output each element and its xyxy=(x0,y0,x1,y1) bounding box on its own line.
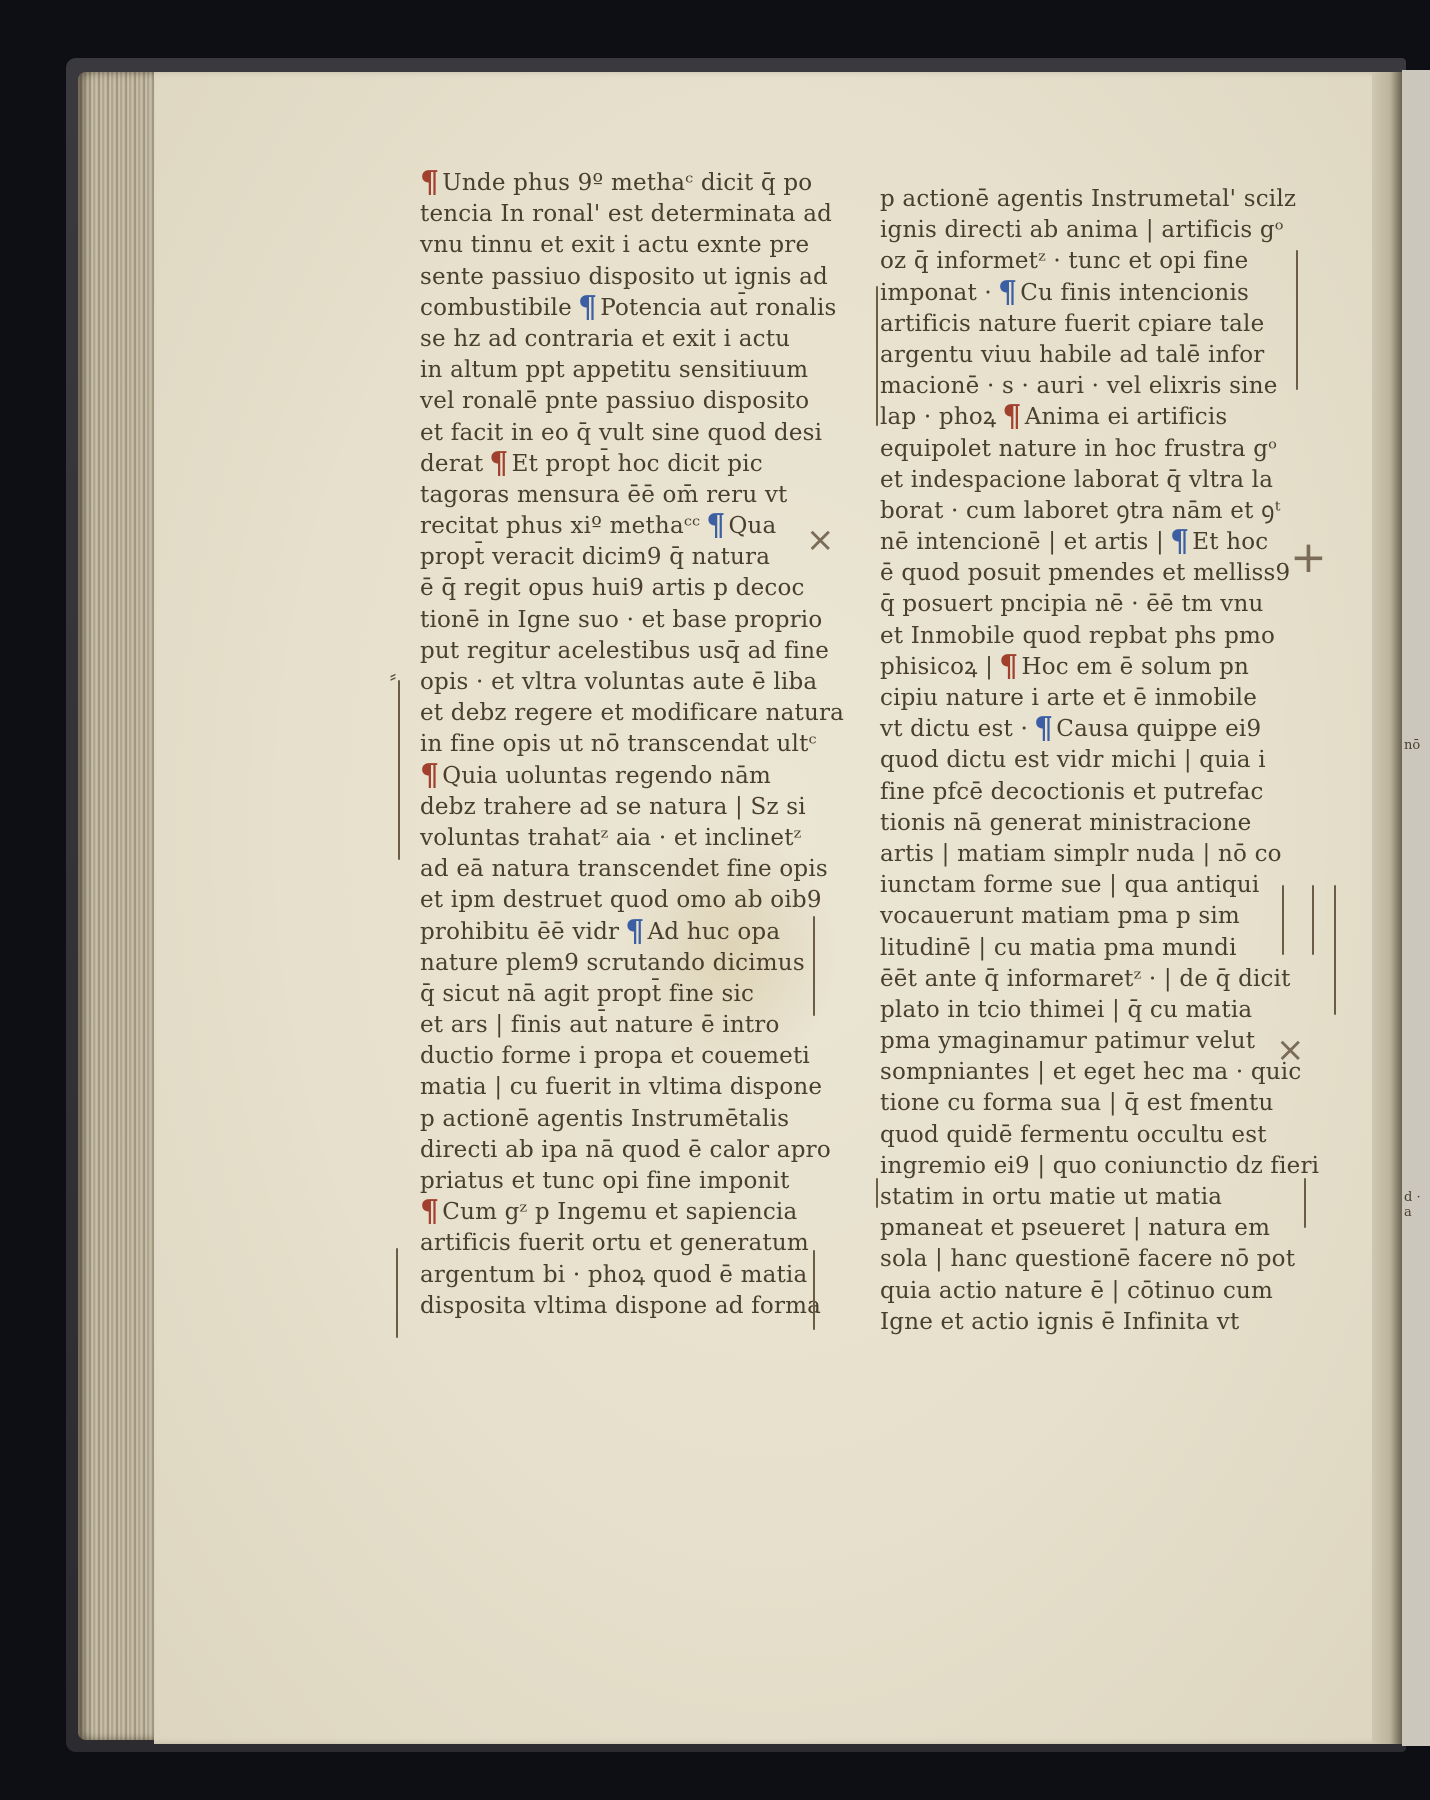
text-line: voluntas trahatᶻ aia · et inclinetᶻ xyxy=(420,823,830,854)
text-line: sompniantes | et eget hec ma · quic xyxy=(880,1057,1290,1088)
line-text: put regitur acelestibus usq̄ ad fine xyxy=(420,638,829,664)
margin-bracket xyxy=(396,1248,398,1338)
text-line: lap · phoꝝ¶Anima ei artificis xyxy=(880,402,1290,433)
text-line: argentu viuu habile ad talē infor xyxy=(880,340,1290,371)
text-line: pmaneat et pseueret | natura em xyxy=(880,1213,1290,1244)
margin-bracket xyxy=(1304,1178,1306,1228)
line-text: nē intencionē | et artis | xyxy=(880,529,1164,555)
line-text: pmaneat et pseueret | natura em xyxy=(880,1215,1270,1241)
text-line: artificis fuerit ortu et generatum xyxy=(420,1228,830,1259)
line-text: macionē · s · auri · vel elixris sine xyxy=(880,373,1278,399)
line-text: argentum bi · phoꝝ quod ē matia xyxy=(420,1262,807,1288)
text-line: Igne et actio ignis ē Infinita vt xyxy=(880,1307,1290,1338)
paragraph-mark-blue-icon: ¶ xyxy=(998,283,1017,303)
text-line: tionis nā generat ministracione xyxy=(880,808,1290,839)
line-text: tione cu forma sua | q̄ est fmentu xyxy=(880,1090,1273,1116)
facing-page-note: d · a xyxy=(1404,1190,1430,1220)
page-fore-edge xyxy=(78,72,156,1740)
text-line: priatus et tunc opi fine imponit xyxy=(420,1166,830,1197)
text-line: iunctam forme sue | qua antiqui xyxy=(880,870,1290,901)
line-text: Quia uoluntas regendo nām xyxy=(442,763,771,789)
text-line: litudinē | cu matia pma mundi xyxy=(880,933,1290,964)
margin-cross-icon: + xyxy=(1290,532,1327,583)
line-text: fine pfcē decoctionis et putrefac xyxy=(880,779,1264,805)
line-text: directi ab ipa nā quod ē calor apro xyxy=(420,1137,831,1163)
line-text: tionē in Igne suo · et base proprio xyxy=(420,607,822,633)
text-line: fine pfcē decoctionis et putrefac xyxy=(880,777,1290,808)
line-text-after-mark: Et propt̄ hoc dicit pic xyxy=(512,451,763,477)
text-line: nē intencionē | et artis |¶Et hoc xyxy=(880,527,1290,558)
text-line: in fine opis ut nō transcendat ultᶜ xyxy=(420,729,830,760)
text-line: macionē · s · auri · vel elixris sine xyxy=(880,371,1290,402)
line-text: Igne et actio ignis ē Infinita vt xyxy=(880,1309,1239,1335)
line-text: in altum ppt appetitu sensitiuum xyxy=(420,357,808,383)
line-text: et debz regere et modificare natura xyxy=(420,700,844,726)
line-text: se hz ad contraria et exit i actu xyxy=(420,326,790,352)
text-line: phisicoꝝ |¶Hoc em ē solum pn xyxy=(880,652,1290,683)
line-text: statim in ortu matie ut matia xyxy=(880,1184,1222,1210)
line-text: ignis directi ab anima | artificis gᵒ xyxy=(880,217,1284,243)
line-text: tionis nā generat ministracione xyxy=(880,810,1251,836)
paragraph-mark-red-icon: ¶ xyxy=(420,766,439,786)
line-text: ingremio ei9 | quo coniunctio dz fieri xyxy=(880,1153,1319,1179)
text-line: ¶Cum gᶻ p Ingemu et sapiencia xyxy=(420,1197,830,1228)
text-line: opis · et vltra voluntas aute ē liba xyxy=(420,667,830,698)
text-line: p actionē agentis Instrumētalis xyxy=(420,1104,830,1135)
line-text-after-mark: Anima ei artificis xyxy=(1025,404,1228,430)
text-line: quia actio nature ē | cōtinuo cum xyxy=(880,1276,1290,1307)
text-line: et ars | finis aut̄ nature ē intro xyxy=(420,1010,830,1041)
line-text: phisicoꝝ | xyxy=(880,654,993,680)
text-line: plato in tcio thimei | q̄ cu matia xyxy=(880,995,1290,1026)
text-column-right: p actionē agentis Instrumetal' scilzigni… xyxy=(880,184,1290,1338)
line-text: prohibitu ēē vidr xyxy=(420,919,619,945)
line-text: et indespacione laborat q̄ vltra la xyxy=(880,467,1273,493)
line-text-after-mark: Potencia aut̄ ronalis xyxy=(600,295,836,321)
text-line: prohibitu ēē vidr¶Ad huc opa xyxy=(420,917,830,948)
line-text: opis · et vltra voluntas aute ē liba xyxy=(420,669,817,695)
line-text: et facit in eo q̄ vult sine quod desi xyxy=(420,420,822,446)
margin-bracket xyxy=(1296,250,1298,390)
line-text: sente passiuo disposito ut ignis ad xyxy=(420,264,828,290)
facing-page-note: nō xyxy=(1404,738,1420,753)
text-line: equipolet nature in hoc frustra gᵒ xyxy=(880,434,1290,465)
text-line: vel ronalē pnte passiuo disposito xyxy=(420,386,830,417)
text-line: ad eā natura transcendet fine opis xyxy=(420,854,830,885)
line-text: propt̄ veracit dicim9 q̄ natura xyxy=(420,544,770,570)
margin-bracket xyxy=(1334,885,1336,1015)
line-text: ē q̄ regit opus hui9 artis p decoc xyxy=(420,575,805,601)
line-text: vocauerunt matiam pma p sim xyxy=(880,903,1240,929)
line-text: et Inmobile quod repbat phs pmo xyxy=(880,623,1275,649)
paragraph-mark-blue-icon: ¶ xyxy=(1170,532,1189,552)
margin-bracket xyxy=(1282,885,1284,955)
line-text: p actionē agentis Instrumetal' scilz xyxy=(880,186,1296,212)
text-column-left: ¶Unde phus 9º methaᶜ dicit q̄ potencia I… xyxy=(420,168,830,1322)
line-text: vt dictu est · xyxy=(880,716,1028,742)
line-text: q̄ sicut nā agit propt̄ fine sic xyxy=(420,981,754,1007)
text-line: tione cu forma sua | q̄ est fmentu xyxy=(880,1088,1290,1119)
paragraph-mark-red-icon: ¶ xyxy=(999,657,1018,677)
line-text: borat · cum laboret ꝯtra nām et ꝯᵗ xyxy=(880,498,1281,524)
line-text: oz q̄ informetᶻ · tunc et opi fine xyxy=(880,248,1248,274)
line-text-after-mark: Et hoc xyxy=(1192,529,1268,555)
line-text: lap · phoꝝ xyxy=(880,404,996,430)
margin-bracket xyxy=(813,916,815,1016)
line-text-after-mark: Qua xyxy=(728,513,776,539)
line-text: disposita vltima dispone ad forma xyxy=(420,1293,821,1319)
margin-bracket xyxy=(398,680,400,860)
line-text: artis | matiam simplr nuda | nō co xyxy=(880,841,1282,867)
text-line: disposita vltima dispone ad forma xyxy=(420,1291,830,1322)
text-line: nature plem9 scrutando dicimus xyxy=(420,948,830,979)
text-line: statim in ortu matie ut matia xyxy=(880,1182,1290,1213)
text-line: ē q̄ regit opus hui9 artis p decoc xyxy=(420,573,830,604)
text-line: oz q̄ informetᶻ · tunc et opi fine xyxy=(880,246,1290,277)
line-text: artificis nature fuerit cpiare tale xyxy=(880,311,1264,337)
margin-cross-icon: × xyxy=(1276,1030,1305,1070)
line-text-after-mark: Causa quippe ei9 xyxy=(1056,716,1261,742)
line-text: et ars | finis aut̄ nature ē intro xyxy=(420,1012,780,1038)
text-line: pma ymaginamur patimur velut xyxy=(880,1026,1290,1057)
paragraph-mark-blue-icon: ¶ xyxy=(625,922,644,942)
text-line: borat · cum laboret ꝯtra nām et ꝯᵗ xyxy=(880,496,1290,527)
gutter xyxy=(1372,72,1402,1744)
text-line: tionē in Igne suo · et base proprio xyxy=(420,605,830,636)
text-line: et Inmobile quod repbat phs pmo xyxy=(880,621,1290,652)
text-line: sola | hanc questionē facere nō pot xyxy=(880,1244,1290,1275)
line-text: pma ymaginamur patimur velut xyxy=(880,1028,1255,1054)
line-text: vnu tinnu et exit i actu exnte pre xyxy=(420,232,809,258)
margin-flourish-icon: ⸗ xyxy=(390,668,396,686)
line-text: tencia In ronal' est determinata ad xyxy=(420,201,832,227)
line-text: et ipm destruet quod omo ab oib9 xyxy=(420,887,822,913)
line-text: argentu viuu habile ad talē infor xyxy=(880,342,1265,368)
margin-bracket xyxy=(813,1250,815,1330)
line-text: priatus et tunc opi fine imponit xyxy=(420,1168,790,1194)
text-line: tencia In ronal' est determinata ad xyxy=(420,199,830,230)
line-text-after-mark: Ad huc opa xyxy=(647,919,780,945)
line-text-after-mark: Cu finis intencionis xyxy=(1020,280,1249,306)
text-line: quod quidē fermentu occultu est xyxy=(880,1120,1290,1151)
text-line: q̄ posuert pncipia nē · ēē tm vnu xyxy=(880,589,1290,620)
margin-cross-icon: × xyxy=(806,520,835,560)
line-text: nature plem9 scrutando dicimus xyxy=(420,950,805,976)
text-line: p actionē agentis Instrumetal' scilz xyxy=(880,184,1290,215)
line-text: quod dictu est vidr michi | quia i xyxy=(880,747,1266,773)
text-line: propt̄ veracit dicim9 q̄ natura xyxy=(420,542,830,573)
paragraph-mark-blue-icon: ¶ xyxy=(706,516,725,536)
line-text: combustibile xyxy=(420,295,572,321)
line-text: vel ronalē pnte passiuo disposito xyxy=(420,388,809,414)
text-line: in altum ppt appetitu sensitiuum xyxy=(420,355,830,386)
line-text: iunctam forme sue | qua antiqui xyxy=(880,872,1259,898)
line-text: quia actio nature ē | cōtinuo cum xyxy=(880,1278,1273,1304)
text-line: et indespacione laborat q̄ vltra la xyxy=(880,465,1290,496)
paragraph-mark-red-icon: ¶ xyxy=(489,454,508,474)
text-line: ¶Quia uoluntas regendo nām xyxy=(420,761,830,792)
line-text: p actionē agentis Instrumētalis xyxy=(420,1106,789,1132)
facing-page-edge: nō d · a xyxy=(1402,70,1430,1746)
text-line: ignis directi ab anima | artificis gᵒ xyxy=(880,215,1290,246)
line-text: ēēt ante q̄ informaretᶻ · | de q̄ dicit xyxy=(880,966,1291,992)
text-line: imponat ·¶Cu finis intencionis xyxy=(880,278,1290,309)
text-line: sente passiuo disposito ut ignis ad xyxy=(420,262,830,293)
line-text: voluntas trahatᶻ aia · et inclinetᶻ xyxy=(420,825,801,851)
line-text: litudinē | cu matia pma mundi xyxy=(880,935,1237,961)
text-line: ¶Unde phus 9º methaᶜ dicit q̄ po xyxy=(420,168,830,199)
line-text: matia | cu fuerit in vltima dispone xyxy=(420,1074,822,1100)
line-text: recitat phus xiº methaᶜᶜ xyxy=(420,513,700,539)
paragraph-mark-red-icon: ¶ xyxy=(420,173,439,193)
paragraph-mark-red-icon: ¶ xyxy=(1002,407,1021,427)
line-text: derat xyxy=(420,451,483,477)
line-text: cipiu nature i arte et ē inmobile xyxy=(880,685,1257,711)
line-text: sompniantes | et eget hec ma · quic xyxy=(880,1059,1301,1085)
margin-bracket xyxy=(876,1178,878,1208)
line-text: imponat · xyxy=(880,280,992,306)
line-text: plato in tcio thimei | q̄ cu matia xyxy=(880,997,1252,1023)
text-line: ēēt ante q̄ informaretᶻ · | de q̄ dicit xyxy=(880,964,1290,995)
text-line: cipiu nature i arte et ē inmobile xyxy=(880,683,1290,714)
line-text: Cum gᶻ p Ingemu et sapiencia xyxy=(442,1199,797,1225)
line-text: ē quod posuit pmendes et melliss9 xyxy=(880,560,1290,586)
line-text: debz trahere ad se natura | Sz si xyxy=(420,794,806,820)
text-line: combustibile¶Potencia aut̄ ronalis xyxy=(420,293,830,324)
text-line: artis | matiam simplr nuda | nō co xyxy=(880,839,1290,870)
line-text: quod quidē fermentu occultu est xyxy=(880,1122,1267,1148)
text-line: vnu tinnu et exit i actu exnte pre xyxy=(420,230,830,261)
line-text: artificis fuerit ortu et generatum xyxy=(420,1230,809,1256)
text-line: recitat phus xiº methaᶜᶜ¶Qua xyxy=(420,511,830,542)
text-line: put regitur acelestibus usq̄ ad fine xyxy=(420,636,830,667)
text-line: q̄ sicut nā agit propt̄ fine sic xyxy=(420,979,830,1010)
paragraph-mark-blue-icon: ¶ xyxy=(1034,719,1053,739)
text-line: se hz ad contraria et exit i actu xyxy=(420,324,830,355)
text-line: ē quod posuit pmendes et melliss9 xyxy=(880,558,1290,589)
text-line: directi ab ipa nā quod ē calor apro xyxy=(420,1135,830,1166)
text-line: vocauerunt matiam pma p sim xyxy=(880,901,1290,932)
text-line: et debz regere et modificare natura xyxy=(420,698,830,729)
line-text-after-mark: Hoc em ē solum pn xyxy=(1021,654,1249,680)
text-line: et facit in eo q̄ vult sine quod desi xyxy=(420,418,830,449)
line-text: Unde phus 9º methaᶜ dicit q̄ po xyxy=(442,170,812,196)
line-text: in fine opis ut nō transcendat ultᶜ xyxy=(420,731,817,757)
paragraph-mark-red-icon: ¶ xyxy=(420,1202,439,1222)
line-text: ductio forme i propa et couemeti xyxy=(420,1043,810,1069)
text-line: derat¶Et propt̄ hoc dicit pic xyxy=(420,449,830,480)
line-text: q̄ posuert pncipia nē · ēē tm vnu xyxy=(880,591,1264,617)
text-line: debz trahere ad se natura | Sz si xyxy=(420,792,830,823)
text-line: matia | cu fuerit in vltima dispone xyxy=(420,1072,830,1103)
line-text: tagoras mensura ēē om̄ reru vt xyxy=(420,482,787,508)
text-line: artificis nature fuerit cpiare tale xyxy=(880,309,1290,340)
line-text: sola | hanc questionē facere nō pot xyxy=(880,1246,1295,1272)
text-line: vt dictu est ·¶Causa quippe ei9 xyxy=(880,714,1290,745)
text-line: ingremio ei9 | quo coniunctio dz fieri xyxy=(880,1151,1290,1182)
text-line: et ipm destruet quod omo ab oib9 xyxy=(420,885,830,916)
text-line: argentum bi · phoꝝ quod ē matia xyxy=(420,1260,830,1291)
text-line: quod dictu est vidr michi | quia i xyxy=(880,745,1290,776)
margin-bracket xyxy=(1312,885,1314,955)
paragraph-mark-blue-icon: ¶ xyxy=(578,298,597,318)
text-line: tagoras mensura ēē om̄ reru vt xyxy=(420,480,830,511)
text-line: ductio forme i propa et couemeti xyxy=(420,1041,830,1072)
line-text: equipolet nature in hoc frustra gᵒ xyxy=(880,436,1277,462)
line-text: ad eā natura transcendet fine opis xyxy=(420,856,828,882)
margin-bracket xyxy=(876,286,878,426)
